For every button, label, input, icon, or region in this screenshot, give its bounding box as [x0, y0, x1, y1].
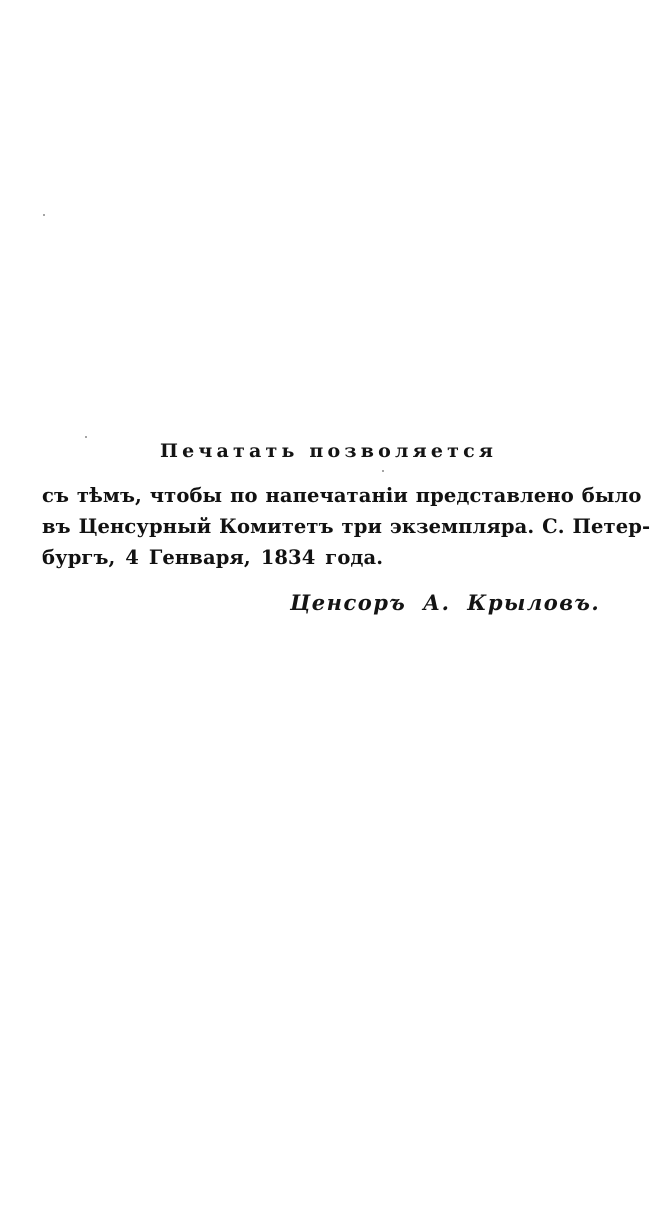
print-speck — [382, 470, 384, 472]
body-line-1: съ тѣмъ, чтобы по напечатаніи представле… — [42, 484, 642, 507]
print-speck — [43, 214, 45, 216]
body-line-3: бургъ, 4 Генваря, 1834 года. — [42, 546, 383, 569]
print-speck — [85, 436, 87, 438]
censor-signature: Ценсоръ А. Крыловъ. — [290, 590, 600, 615]
censorship-heading: Печатать позволяется — [160, 440, 520, 462]
document-page: Печатать позволяется съ тѣмъ, чтобы по н… — [0, 0, 672, 1220]
body-line-2: въ Ценсурный Комитетъ три экземпляра. С.… — [42, 515, 650, 538]
